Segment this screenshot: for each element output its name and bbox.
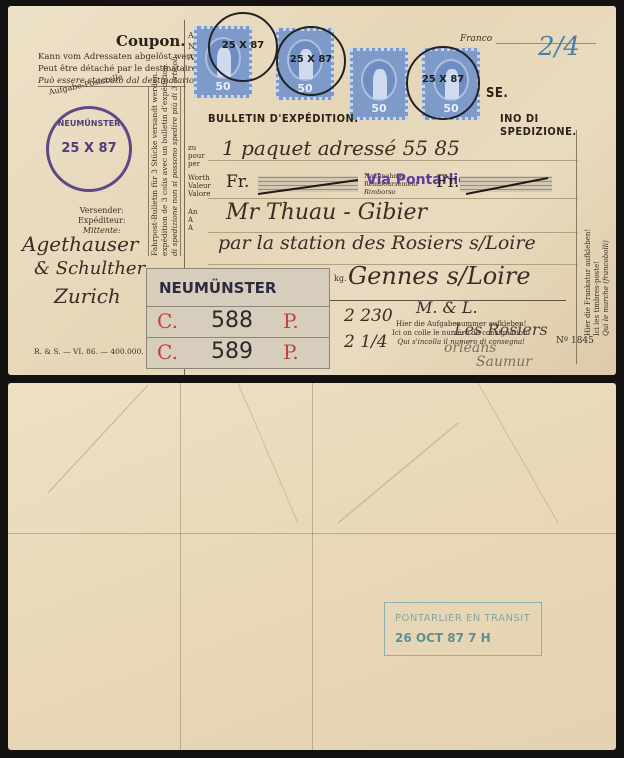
- divider: [180, 86, 181, 256]
- vertical-note-it: di spedizione non si possono spedire più…: [170, 90, 180, 256]
- for-labels: zu pour per: [188, 144, 205, 168]
- postmark-town: NEUMÜNSTER: [49, 119, 129, 128]
- sender-label-fr: Expéditeur:: [78, 216, 126, 226]
- to-labels: An A A: [188, 208, 198, 232]
- franco-label: Franco: [460, 34, 492, 44]
- parcel-card-back: [8, 383, 616, 750]
- label-number: 589: [211, 339, 253, 364]
- cancel-date: 25 X 87: [408, 74, 478, 85]
- postmark-date: 25 X 87: [49, 141, 129, 156]
- coupon-vertical-note: Fahrpost-Bulletin für 3 Stücke versandt …: [150, 90, 180, 256]
- parcel-label-office: NEUMÜNSTER: [146, 268, 330, 308]
- postage-stamp: 50: [350, 48, 408, 120]
- to-label: An: [188, 208, 198, 216]
- stamp-value: 50: [353, 102, 405, 115]
- weight-2: 2 1/4: [344, 332, 388, 352]
- value-label: Valeur: [188, 182, 211, 190]
- department: M. & L.: [416, 298, 478, 317]
- sender-label-de: Versender:: [78, 206, 126, 216]
- franking-note-fr: Ici les timbres-poste!: [593, 136, 602, 336]
- form-title-it: INO DI SPEDIZIONE.: [500, 112, 616, 138]
- sender-city: Zurich: [54, 284, 121, 308]
- parcel-card-front: Coupon. Kann vom Adressaten abgelöst wer…: [8, 6, 616, 375]
- coupon-title: Coupon.: [116, 32, 185, 50]
- divider: [576, 130, 577, 364]
- value-label: Valore: [188, 190, 211, 198]
- value-label: Worth: [188, 174, 211, 182]
- printer-imprint: R. & S. — VI. 86. — 400.000.: [34, 347, 144, 356]
- form-title-fragment: SE.: [486, 86, 508, 101]
- transit-note-1: Les Rosiers: [454, 320, 548, 339]
- strike-through-lines: [248, 174, 568, 196]
- for-label: per: [188, 160, 205, 168]
- value-labels: Worth Valeur Valore: [188, 174, 211, 198]
- kg-label: kg.: [334, 274, 347, 283]
- to-label: A: [188, 224, 198, 232]
- transit-cancel-stamp: PONTARLIER EN TRANSIT 26 OCT 87 7 H: [384, 602, 542, 656]
- divider: [148, 86, 149, 256]
- label-prefix: C.: [157, 309, 178, 333]
- franco-handwritten: 2/4: [538, 32, 580, 62]
- for-label: zu: [188, 144, 205, 152]
- transit-note-3: Saumur: [476, 354, 532, 370]
- cancel-date: 25 X 87: [278, 54, 344, 65]
- cancel-postmark: 25 X 87: [208, 12, 278, 82]
- label-suffix: P.: [283, 340, 299, 364]
- cancel-postmark: 25 X 87: [276, 26, 346, 96]
- form-number: Nº 1845: [556, 336, 594, 346]
- cancel-date: 25 X 87: [210, 40, 276, 51]
- parcel-label-row: C. 588 P.: [146, 306, 330, 338]
- to-label: A: [188, 216, 198, 224]
- franking-note-it: Qui le marche (francobolli): [602, 136, 611, 336]
- divider: [208, 198, 578, 199]
- sender-name-1: Agethauser: [22, 232, 138, 256]
- label-prefix: C.: [157, 340, 178, 364]
- currency-label: Fr.: [226, 172, 249, 192]
- franking-vertical-note: Hier die Frankatur aufkleben! Ici les ti…: [584, 136, 611, 336]
- parcel-label-row: C. 589 P.: [146, 337, 330, 369]
- label-number: 588: [211, 308, 253, 333]
- form-title-de-fr: BULLETIN D'EXPÉDITION.: [208, 112, 359, 125]
- label-suffix: P.: [283, 309, 299, 333]
- divider: [208, 160, 578, 161]
- franking-note-de: Hier die Frankatur aufkleben!: [584, 136, 593, 336]
- crease-lines: [8, 383, 616, 543]
- neumunster-postmark: NEUMÜNSTER 25 X 87: [46, 106, 132, 192]
- label-office-name: NEUMÜNSTER: [159, 279, 276, 297]
- for-label: pour: [188, 152, 205, 160]
- cancel-postmark: 25 X 87: [406, 46, 480, 120]
- transit-stamp-line2: 26 OCT 87 7 H: [395, 631, 491, 645]
- vertical-note-de: Fahrpost-Bulletin für 3 Stücke versandt …: [150, 90, 160, 256]
- weight-1: 2 230: [344, 306, 393, 326]
- contents-handwritten: 1 paquet adressé 55 85: [222, 136, 460, 160]
- addressee-station: par la station des Rosiers s/Loire: [218, 232, 536, 254]
- vertical-note-fr: expédition de 3 colis avec un bulletin d…: [160, 90, 170, 256]
- transit-stamp-line1: PONTARLIER EN TRANSIT: [395, 613, 530, 624]
- helvetia-icon: [373, 69, 387, 99]
- sender-name-2: & Schulther: [34, 258, 145, 279]
- destination: Gennes s/Loire: [348, 262, 531, 290]
- addressee-name: Mr Thuau - Gibier: [226, 200, 427, 225]
